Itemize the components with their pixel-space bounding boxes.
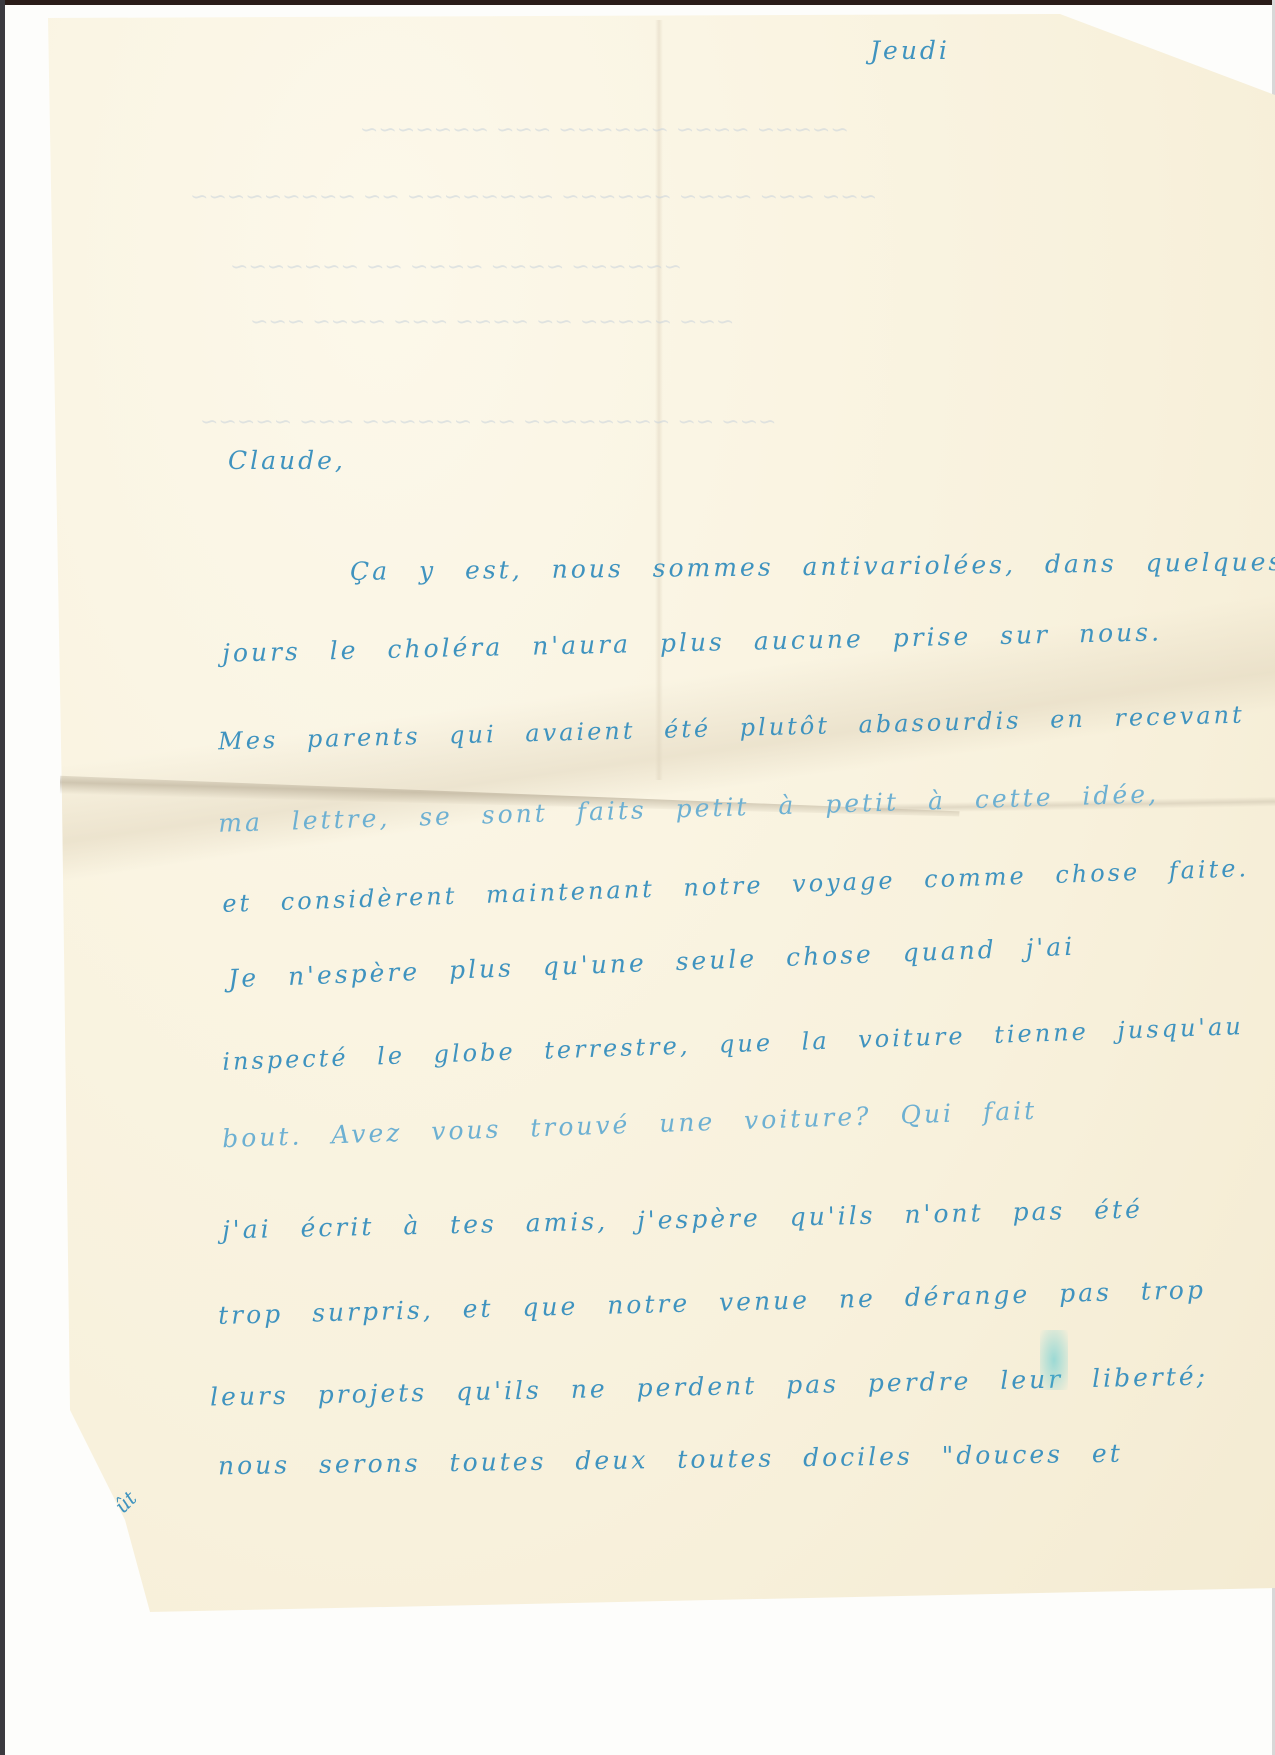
letter-salutation: Claude, [228,446,346,475]
ink-smudge [1040,1330,1068,1390]
scanner-edge-top [0,0,1275,5]
bleed-through-text: ~~~~~~ ~~~~ ~~~~ ~~ ~~~~~~~ [230,255,682,280]
scanner-edge-left [0,0,5,1755]
bleed-through-text: ~~~~~ ~~~~ ~~~~~~ ~~~ ~~~~~~~ [360,118,849,143]
letter-date: Jeudi [870,36,950,65]
bleed-through-text: ~~~ ~~ ~~~~~~~~ ~~ ~~~~~~ ~~~ ~~~~~ [200,410,777,435]
bleed-through-text: ~~~ ~~~~~ ~~ ~~~~ ~~~ ~~~~ ~~~ [250,310,734,335]
bleed-through-text: ~~~ ~~~ ~~~~ ~~~~~~ ~~~~~~~~ ~~ ~~~~~~~~… [190,185,877,210]
